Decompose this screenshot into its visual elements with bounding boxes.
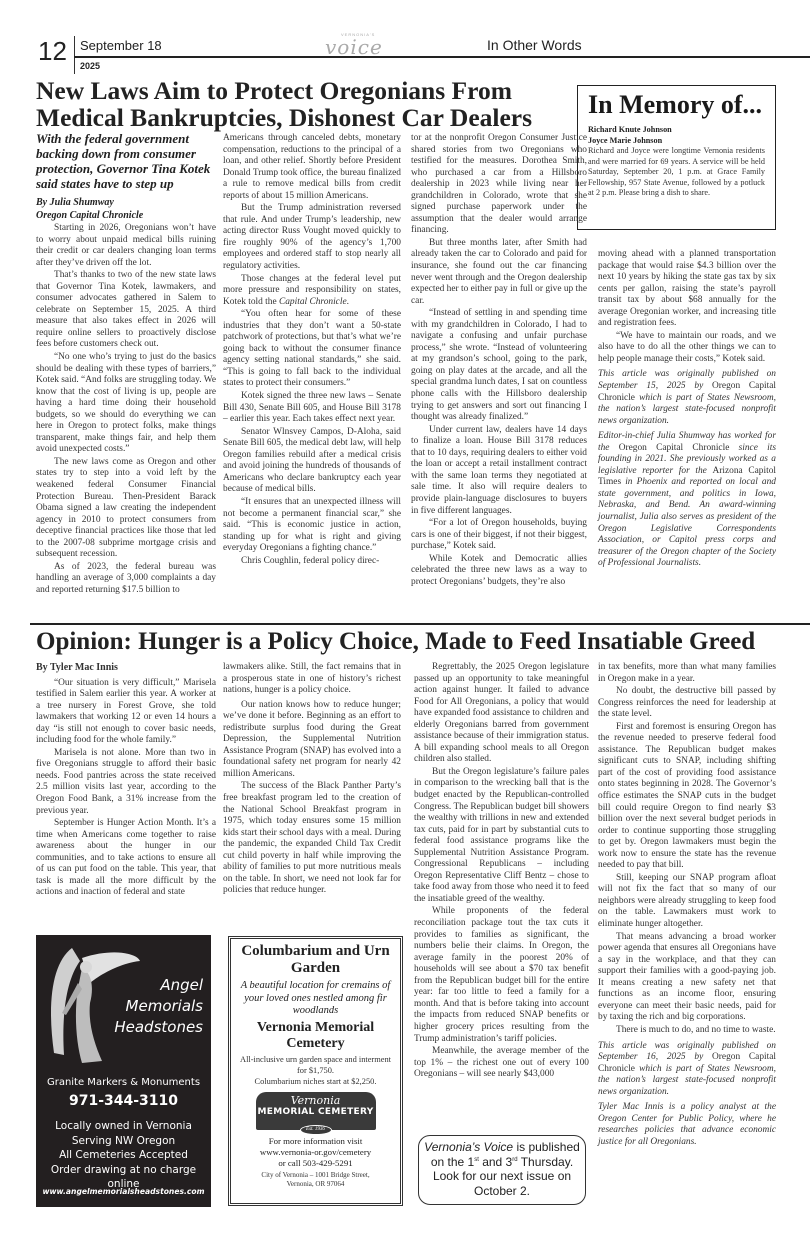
paragraph: Kotek signed the three new laws – Senate…: [223, 391, 401, 426]
paragraph: tor at the nonprofit Oregon Consumer Jus…: [411, 133, 587, 237]
paragraph: As of 2023, the federal bureau was handl…: [36, 562, 216, 597]
issue-date: September 18: [80, 38, 162, 53]
issue-year: 2025: [80, 61, 100, 71]
angel-ad-title: Angel Memorials Headstones: [114, 975, 203, 1038]
cemetery-ad-contact: For more information visit www.vernonia-…: [235, 1136, 396, 1169]
article2-column-2: lawmakers alike. Still, the fact remains…: [223, 662, 401, 898]
masthead-rule: [74, 56, 810, 58]
paragraph: “You often hear for some of these indust…: [223, 309, 401, 390]
deck-text: With the federal government backing down…: [36, 131, 216, 191]
article2-author-bio: Tyler Mac Innis is a policy analyst at t…: [598, 1102, 776, 1148]
cemetery-ad-title: Columbarium and Urn Garden: [235, 943, 396, 977]
paragraph: That’s thanks to two of the new state la…: [36, 270, 216, 351]
cemetery-ad-address: City of Vernonia – 1001 Bridge Street, V…: [235, 1171, 396, 1189]
cemetery-logo: Vernonia MEMORIAL CEMETERY Est. 1936: [256, 1092, 376, 1130]
article2-column-4: in tax benefits, more than what many fam…: [598, 662, 776, 1149]
paragraph: Regrettably, the 2025 Oregon legislature…: [414, 662, 589, 766]
angel-ad-phone[interactable]: 971-344-3110: [36, 1093, 211, 1109]
article1-column-4: moving ahead with a planned transportati…: [598, 249, 776, 571]
memory-body: Richard and Joyce were longtime Vernonia…: [588, 146, 765, 199]
cemetery-ad-url[interactable]: www.vernonia-or.gov/cemetery: [235, 1147, 396, 1158]
paragraph: “It ensures that an unexpected illness w…: [223, 497, 401, 555]
paragraph: First and foremost is ensuring Oregon ha…: [598, 722, 776, 872]
cemetery-ad[interactable]: Columbarium and Urn Garden A beautiful l…: [228, 936, 403, 1206]
article2-credit: This article was originally published on…: [598, 1041, 776, 1099]
paragraph: While proponents of the federal reconcil…: [414, 906, 589, 1045]
paragraph: Starting in 2026, Oregonians won’t have …: [36, 223, 216, 269]
masthead: 12 September 18 2025 VERNONIA'S voice In…: [0, 0, 810, 80]
paragraph: Our nation knows how to reduce hunger; w…: [223, 700, 401, 781]
memory-name-2: Joyce Marie Johnson: [588, 136, 765, 147]
byline-org: Oregon Capital Chronicle: [36, 210, 216, 223]
angel-ad-details: Locally owned in Vernonia Serving NW Ore…: [36, 1119, 211, 1192]
cemetery-ad-phone[interactable]: or call 503-429-5291: [235, 1158, 396, 1169]
paragraph: Still, keeping our SNAP program afloat w…: [598, 873, 776, 931]
page-number: 12: [38, 36, 67, 67]
publication-notice: Vernonia’s Voice is published on the 1st…: [418, 1135, 586, 1205]
memory-title: In Memory of...: [588, 90, 765, 120]
section-divider: [30, 623, 810, 625]
paragraph: Under current law, dealers have 14 days …: [411, 425, 587, 517]
paragraph: While Kotek and Democratic allies celebr…: [411, 554, 587, 589]
article2-byline: By Tyler Mac Innis: [36, 662, 216, 675]
article1-byline: By Julia Shumway Oregon Capital Chronicl…: [36, 197, 216, 222]
paragraph: But three months later, after Smith had …: [411, 238, 587, 307]
paragraph: Chris Coughlin, federal policy direc-: [223, 556, 401, 568]
paragraph: Americans through canceled debts, moneta…: [223, 133, 401, 202]
cemetery-ad-pricing: All-inclusive urn garden space and inter…: [235, 1054, 396, 1087]
paragraph: But the Trump administration reversed th…: [223, 203, 401, 272]
cemetery-ad-name: Vernonia Memorial Cemetery: [235, 1020, 396, 1052]
memory-name-1: Richard Knute Johnson: [588, 125, 765, 136]
article1-column-1: Starting in 2026, Oregonians won’t have …: [36, 223, 216, 598]
paragraph: “Our situation is very difficult,” Maris…: [36, 678, 216, 747]
paragraph: There is much to do, and no time to wast…: [598, 1025, 776, 1037]
paragraph: The new laws come as Oregon and other st…: [36, 457, 216, 561]
paragraph: Senator Wlnsvey Campos, D-Aloha, said Se…: [223, 427, 401, 496]
masthead-divider: [74, 36, 75, 74]
in-memory-box: In Memory of... Richard Knute Johnson Jo…: [577, 85, 776, 230]
paragraph: “No one who’s trying to just do the basi…: [36, 352, 216, 456]
paragraph: “We have to maintain our roads, and we a…: [598, 331, 776, 366]
paragraph: No doubt, the destructive bill passed by…: [598, 686, 776, 721]
paragraph: moving ahead with a planned transportati…: [598, 249, 776, 330]
article2-column-3: Regrettably, the 2025 Oregon legislature…: [414, 662, 589, 1082]
paragraph: “Instead of settling in and spending tim…: [411, 308, 587, 423]
paragraph: “For a lot of Oregon households, buying …: [411, 518, 587, 553]
paragraph: Marisela is not alone. More than two in …: [36, 748, 216, 817]
memory-names: Richard Knute Johnson Joyce Marie Johnso…: [588, 125, 765, 146]
paragraph: September is Hunger Action Month. It’s a…: [36, 818, 216, 899]
paragraph: Those changes at the federal level put m…: [223, 274, 401, 309]
section-title: In Other Words: [487, 37, 582, 53]
article1-deck: With the federal government backing down…: [36, 131, 216, 222]
article1-author-bio: Editor-in-chief Julia Shumway has worked…: [598, 431, 776, 570]
article1-column-2: Americans through canceled debts, moneta…: [223, 133, 401, 568]
paragraph: Meanwhile, the average member of the top…: [414, 1046, 589, 1081]
article1-credit: This article was originally published on…: [598, 369, 776, 427]
cemetery-ad-subtitle: A beautiful location for cremains of you…: [235, 980, 396, 1018]
angel-ad-tagline: Granite Markers & Monuments: [36, 1077, 211, 1088]
byline-author: By Julia Shumway: [36, 197, 216, 210]
article1-column-3: tor at the nonprofit Oregon Consumer Jus…: [411, 133, 587, 589]
paragraph: That means advancing a broad worker powe…: [598, 932, 776, 1024]
article2-column-1: By Tyler Mac Innis “Our situation is ver…: [36, 662, 216, 900]
angel-memorials-ad[interactable]: Angel Memorials Headstones Granite Marke…: [36, 935, 211, 1207]
paragraph: in tax benefits, more than what many fam…: [598, 662, 776, 685]
paragraph: The success of the Black Panther Party’s…: [223, 781, 401, 896]
angel-ad-url[interactable]: www.angelmemorialsheadstones.com: [36, 1187, 211, 1196]
article1-headline: New Laws Aim to Protect Oregonians From …: [36, 77, 576, 131]
paragraph: But the Oregon legislature’s failure pal…: [414, 767, 589, 906]
article2-headline: Opinion: Hunger is a Policy Choice, Made…: [36, 627, 806, 657]
paragraph: lawmakers alike. Still, the fact remains…: [223, 662, 401, 697]
